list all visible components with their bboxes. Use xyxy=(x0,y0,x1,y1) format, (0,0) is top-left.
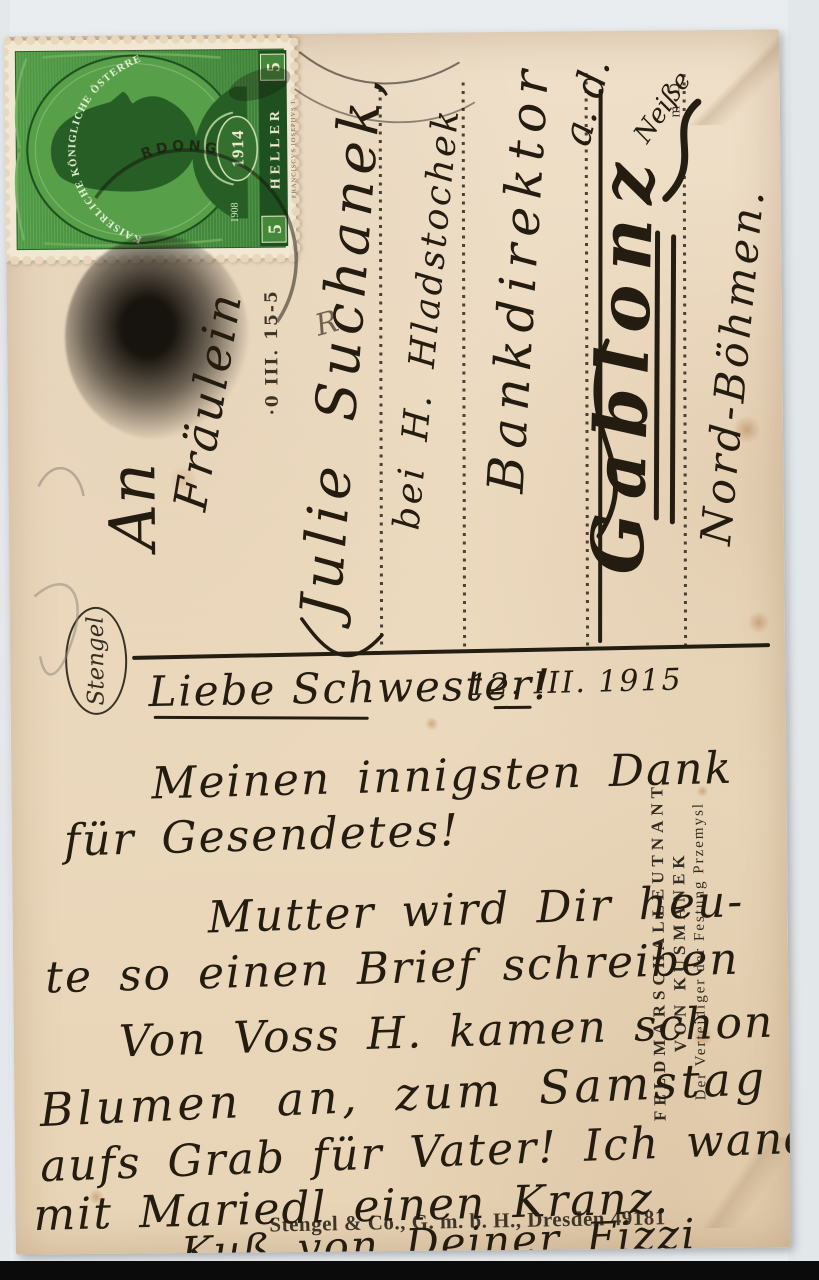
date-underline xyxy=(494,706,532,709)
stamp-margin-text: FRANCISCVS IOSEPHVS I. xyxy=(290,98,298,198)
publisher-oval-logo: Stengel xyxy=(65,607,128,716)
address-dotted-line xyxy=(462,82,466,652)
scanned-postcard-back: Stengel m D FELDMARSCHALLEUTNANT VON KUS… xyxy=(0,0,819,1280)
pencil-mark xyxy=(38,468,83,497)
address-profession: Bankdirektor xyxy=(477,61,561,495)
postage-stamp: KAISERLICHE KÖNIGLICHE ÖSTERREICHISCHE P… xyxy=(4,34,300,265)
address-salutation: An xyxy=(96,462,171,550)
address-care-of: bei H. Hladstochek xyxy=(386,106,467,532)
postmark-date: ·0 III. 15-5 xyxy=(262,289,283,415)
stamp-jubilee-year: 1908 xyxy=(230,202,241,222)
address-underline-stroke xyxy=(670,234,676,524)
publisher-oval-label: Stengel xyxy=(83,616,110,705)
corner-crease-top-right xyxy=(684,29,780,125)
message-date: 12. III. 1915 xyxy=(468,662,683,703)
rust-stain xyxy=(748,611,770,633)
greeting-underline xyxy=(154,716,369,720)
value-right: 5 xyxy=(263,62,284,72)
address-region: Nord-Böhmen. xyxy=(691,185,774,548)
stamp-artwork: KAISERLICHE KÖNIGLICHE ÖSTERREICHISCHE P… xyxy=(4,34,300,265)
value-label: HELLER xyxy=(268,107,284,189)
postcard: Stengel m D FELDMARSCHALLEUTNANT VON KUS… xyxy=(4,29,791,1254)
rust-stain xyxy=(425,717,439,731)
message-line: für Gesendetes! xyxy=(63,805,460,867)
address-dotted-line xyxy=(683,74,688,650)
printed-divider-line xyxy=(132,643,770,659)
stamp-year: 1914 xyxy=(228,129,247,167)
scanner-bed-strip xyxy=(0,1261,819,1280)
address-town: Gablonz xyxy=(574,148,670,575)
address-town-suffix: a. d. xyxy=(554,54,620,150)
value-left: 5 xyxy=(265,224,286,234)
message-line: te so einen Brief schreiben xyxy=(45,934,741,1004)
